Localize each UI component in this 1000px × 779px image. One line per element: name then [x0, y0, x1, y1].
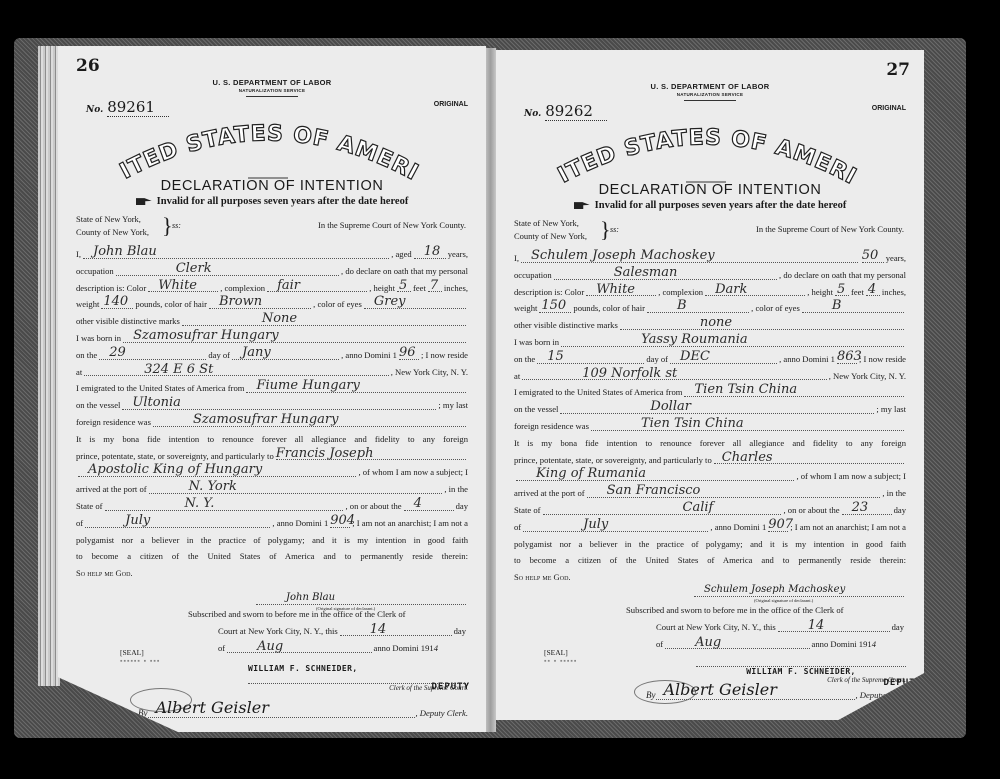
label: weight	[514, 300, 537, 317]
sworn-day-field: 14	[778, 621, 890, 632]
label: , color of eyes	[751, 300, 800, 317]
row-foreign-residence: foreign residence wasTien Tsin China	[514, 418, 906, 435]
clerk-name: WILLIAM F. SCHNEIDER,	[696, 667, 906, 676]
label: anno Domini 191	[812, 636, 872, 653]
marks-field: none	[620, 319, 904, 330]
form-title: DECLARATION OF INTENTION	[496, 182, 924, 198]
name-field: John Blau	[83, 248, 389, 259]
department-header: U. S. DEPARTMENT OF LABOR NATURALIZATION…	[496, 82, 924, 101]
court-label: In the Supreme Court of New York County.	[756, 223, 904, 236]
label: of	[514, 519, 521, 536]
polygamy-line: polygamist nor a believer in the practic…	[514, 536, 906, 553]
label: of	[656, 636, 663, 653]
sworn-month-field: Aug	[665, 638, 809, 649]
label: weight	[76, 296, 99, 313]
name-field: Schulem Joseph Machoskey	[521, 252, 858, 263]
port-value: San Francisco	[607, 483, 701, 500]
label: I,	[514, 250, 519, 267]
label: , New York City, N. Y.	[829, 368, 906, 385]
label: , anno Domini 1	[341, 347, 397, 364]
page-number: 26	[76, 56, 100, 76]
sworn-day-field: 14	[340, 625, 452, 636]
birth-month-field: Jany	[232, 349, 339, 360]
bona-fide-line: It is my bona fide intention to renounce…	[514, 435, 906, 452]
birth-month-value: DEC	[680, 349, 710, 366]
weight-value: 150	[541, 298, 566, 315]
label: inches,	[444, 280, 468, 297]
label: State of	[514, 502, 541, 519]
arrival-state-field: N. Y.	[105, 500, 344, 511]
arrival-month-value: July	[583, 517, 608, 534]
label: feet	[851, 284, 864, 301]
label: inches,	[882, 284, 906, 301]
arrival-state-value: N. Y.	[185, 496, 215, 513]
divider	[684, 100, 736, 101]
name-value: John Blau	[93, 244, 157, 261]
row-occupation: occupationClerk, do declare on oath that…	[76, 263, 468, 280]
label: on the	[76, 347, 97, 364]
row-description: description is: ColorWhite, complexionfa…	[76, 280, 468, 297]
residence-field: 109 Norfolk st	[522, 369, 827, 380]
arrival-day-field: 4	[404, 500, 454, 511]
label: pounds, color of hair	[135, 296, 207, 313]
ss-label: ss:	[172, 219, 181, 232]
last-residence-value: Tien Tsin China	[641, 416, 744, 433]
row-birthdate: on the29day ofJany, anno Domini 196; I n…	[76, 347, 468, 364]
emigrated-field: Fiume Hungary	[246, 382, 466, 393]
deputy-stamp: DEPUTY	[431, 682, 470, 692]
sworn-year-value: 4	[434, 640, 438, 657]
venue-block: State of New York, County of New York, }…	[76, 213, 466, 239]
label: anno Domini 191	[374, 640, 434, 657]
so-help-me-god: So help me God.	[76, 565, 468, 582]
label: ; my last	[438, 397, 468, 414]
birth-day-value: 15	[547, 349, 564, 366]
by-label: By	[646, 690, 656, 700]
emigrated-value: Tien Tsin China	[694, 382, 797, 399]
signature-value: John Blau	[286, 592, 335, 603]
label: I,	[76, 246, 81, 263]
row-foreign-residence: foreign residence wasSzamosufrar Hungary	[76, 414, 468, 431]
occupation-field: Salesman	[554, 269, 777, 280]
invalid-notice: Invalid for all purposes seven years aft…	[58, 196, 486, 207]
label: feet	[413, 280, 426, 297]
declaration-body: I,Schulem Joseph Machoskey50years, occup…	[514, 250, 906, 586]
birth-month-field: DEC	[670, 353, 777, 364]
age-field: 50	[862, 252, 884, 263]
label: of	[76, 515, 83, 532]
port-field: San Francisco	[587, 487, 881, 498]
label: years,	[886, 250, 906, 267]
svg-text:UNITED STATES OF AMERICA: UNITED STATES OF AMERICA	[536, 112, 861, 190]
arc-title-text: UNITED STATES OF AMERICA	[536, 112, 861, 190]
arrival-state-field: Calif	[543, 504, 782, 515]
citizen-line: to become a citizen of the United States…	[76, 548, 468, 565]
invalid-notice-text: Invalid for all purposes seven years aft…	[157, 196, 409, 207]
arrival-year-field: 907	[768, 521, 788, 532]
arrival-state-value: Calif	[683, 500, 714, 517]
label: ; my last	[876, 401, 906, 418]
sworn-month-value: Aug	[695, 634, 721, 651]
birthplace-field: Yassy Roumania	[561, 336, 904, 347]
declaration-body: I,John Blau, aged18years, occupationCler…	[76, 246, 468, 582]
port-field: N. York	[149, 483, 443, 494]
sworn-line-1: Subscribed and sworn to before me in the…	[626, 602, 904, 619]
birth-day-field: 15	[537, 353, 644, 364]
residence-value: 109 Norfolk st	[582, 366, 677, 383]
row-sworn-day: Court at New York City, N. Y., this14day	[188, 623, 466, 640]
label: ; I now reside	[859, 351, 906, 368]
invalid-notice-text: Invalid for all purposes seven years aft…	[595, 200, 847, 211]
arrival-month-field: July	[85, 517, 270, 528]
label: of	[218, 640, 225, 657]
row-emigrated: I emigrated to the United States of Amer…	[514, 384, 906, 401]
service-name: NATURALIZATION SERVICE	[58, 88, 486, 93]
label: , of whom I am now a subject; I	[796, 468, 906, 485]
deputy-line: By Albert Geisler , Deputy Clerk.	[138, 698, 468, 718]
arc-title-heading: UNITED STATES OF AMERICA	[536, 112, 876, 192]
polygamy-line: polygamist nor a believer in the practic…	[76, 532, 468, 549]
sovereign-value: Charles	[722, 450, 773, 467]
feet-field: 5	[835, 285, 849, 296]
label: ; I am not an anarchist; I am not a	[790, 519, 906, 536]
sovereign-title-field: Apostolic King of Hungary	[78, 466, 356, 477]
occupation-field: Clerk	[116, 265, 339, 276]
last-residence-field: Szamosufrar Hungary	[153, 416, 466, 427]
feet-field: 5	[397, 281, 411, 292]
eyes-value: Grey	[374, 294, 406, 311]
label: occupation	[514, 267, 552, 284]
label: , of whom I am now a subject; I	[358, 464, 468, 481]
row-arrival-month: ofJuly, anno Domini 1904; I am not an an…	[76, 515, 468, 532]
birth-year-field: 863	[837, 353, 857, 364]
birth-day-field: 29	[99, 349, 206, 360]
age-field: 18	[414, 248, 446, 259]
copy-label: ORIGINAL	[872, 105, 906, 112]
sovereign-value: Francis Joseph	[276, 446, 374, 463]
port-value: N. York	[189, 479, 237, 496]
deputy-clerk-label: , Deputy Clerk.	[415, 708, 468, 718]
inches-value: 4	[868, 282, 876, 299]
label: at	[76, 364, 82, 381]
deputy-signature: Albert Geisler	[656, 680, 856, 700]
last-residence-field: Tien Tsin China	[591, 420, 904, 431]
label: day	[454, 623, 466, 640]
clerk-name: WILLIAM F. SCHNEIDER,	[248, 664, 468, 673]
row-arrival-month: ofJuly, anno Domini 1907; I am not an an…	[514, 519, 906, 536]
color-field: White	[148, 281, 218, 292]
label: arrived at the port of	[514, 485, 585, 502]
vessel-field: Ultonia	[122, 399, 436, 410]
department-name: U. S. DEPARTMENT OF LABOR	[650, 82, 769, 91]
hair-value: Brown	[219, 294, 262, 311]
label: foreign residence was	[76, 414, 151, 431]
form-title: DECLARATION OF INTENTION	[58, 178, 486, 194]
birthplace-value: Szamosufrar Hungary	[133, 328, 279, 345]
occupation-value: Clerk	[176, 261, 212, 278]
sworn-line-1: Subscribed and sworn to before me in the…	[188, 606, 466, 623]
inches-field: 4	[866, 285, 880, 296]
inches-field: 7	[428, 281, 442, 292]
row-occupation: occupationSalesman, do declare on oath t…	[514, 267, 906, 284]
brace: }	[600, 217, 611, 243]
sovereign-field: Francis Joseph	[276, 449, 466, 460]
seal-stamp: ▪▪▪▪▪▪ ▪ ▪▪▪	[120, 657, 160, 665]
deputy-line: By Albert Geisler , Deputy Clerk.	[646, 680, 908, 700]
row-subject: Apostolic King of Hungary, of whom I am …	[76, 464, 468, 481]
sworn-month-field: Aug	[227, 642, 371, 653]
row-sworn-day: Court at New York City, N. Y., this14day	[626, 619, 904, 636]
brace: }	[162, 213, 173, 239]
deputy-signature: Albert Geisler	[148, 698, 416, 718]
eyes-field: Grey	[364, 298, 466, 309]
arrival-month-value: July	[125, 513, 150, 530]
weight-value: 140	[103, 294, 128, 311]
arc-title-text: UNITED STATES OF AMERICA	[98, 108, 423, 186]
sovereign-field: Charles	[714, 453, 904, 464]
marks-value: None	[262, 311, 297, 328]
seal-label: [SEAL]	[120, 648, 144, 657]
sovereign-title-field: King of Rumania	[516, 470, 794, 481]
residence-value: 324 E 6 St	[144, 362, 213, 379]
label: ; I am not an anarchist; I am not a	[352, 515, 468, 532]
vessel-field: Dollar	[560, 403, 874, 414]
label: day	[894, 502, 906, 519]
emigrated-field: Tien Tsin China	[684, 386, 904, 397]
pointing-hand-icon	[574, 202, 590, 209]
label: on the vessel	[514, 401, 558, 418]
declarant-signature: Schulem Joseph Machoskey (Original signa…	[694, 578, 904, 597]
sovereign-title-value: King of Rumania	[536, 466, 646, 483]
row-sworn-month: ofAuganno Domini 1914	[188, 640, 438, 657]
vessel-value: Dollar	[650, 399, 691, 416]
copy-label: ORIGINAL	[434, 101, 468, 108]
page-stack-edge	[38, 46, 60, 686]
arrival-year-value: 904	[330, 513, 355, 530]
seal: [SEAL] ▪▪▪▪▪▪ ▪ ▪▪▪	[120, 648, 160, 665]
arrival-year-value: 907	[768, 517, 793, 534]
arc-title-heading: UNITED STATES OF AMERICA	[98, 108, 438, 188]
vessel-value: Ultonia	[132, 395, 180, 412]
last-residence-value: Szamosufrar Hungary	[193, 412, 339, 429]
weight-field: 140	[101, 298, 133, 309]
row-port: arrived at the port ofN. York, in the	[76, 481, 468, 498]
invalid-notice: Invalid for all purposes seven years aft…	[496, 200, 924, 211]
pointing-hand-icon	[136, 198, 152, 205]
label: , height	[807, 284, 833, 301]
arrival-day-field: 23	[842, 504, 892, 515]
book-gutter	[485, 48, 496, 732]
service-name: NATURALIZATION SERVICE	[496, 92, 924, 97]
label: State of	[76, 498, 103, 515]
row-name: I,Schulem Joseph Machoskey50years,	[514, 250, 906, 267]
row-description: description is: ColorWhite, complexionDa…	[514, 284, 906, 301]
complexion-field: Dark	[705, 285, 805, 296]
page-right: 27 U. S. DEPARTMENT OF LABOR NATURALIZAT…	[496, 50, 924, 720]
page-number: 27	[886, 60, 910, 80]
label: other visible distinctive marks	[514, 317, 618, 334]
emigrated-value: Fiume Hungary	[256, 378, 359, 395]
row-sworn-month: ofAuganno Domini 1914	[626, 636, 876, 653]
label: occupation	[76, 263, 114, 280]
birth-year-value: 96	[399, 345, 416, 362]
row-birthdate: on the15day ofDEC, anno Domini 1863; I n…	[514, 351, 906, 368]
arrival-day-value: 4	[414, 496, 422, 513]
row-state: State ofCalif, on or about the23day	[514, 502, 906, 519]
hair-field: Brown	[209, 298, 311, 309]
label: , color of eyes	[313, 296, 362, 313]
label: ; I now reside	[421, 347, 468, 364]
complexion-value: fair	[277, 278, 300, 295]
residence-field: 324 E 6 St	[84, 365, 389, 376]
birth-month-value: Jany	[242, 345, 271, 362]
name-value: Schulem Joseph Machoskey	[531, 248, 715, 265]
label: on the	[514, 351, 535, 368]
marks-value: none	[700, 315, 732, 332]
feet-value: 5	[399, 278, 407, 295]
hair-value: B	[677, 298, 687, 315]
sworn-year-value: 4	[872, 636, 876, 653]
birthplace-value: Yassy Roumania	[641, 332, 748, 349]
label: arrived at the port of	[76, 481, 147, 498]
inches-value: 7	[430, 278, 438, 295]
sworn-month-value: Aug	[257, 638, 283, 655]
court-label: In the Supreme Court of New York County.	[318, 219, 466, 232]
label: , anno Domini 1	[779, 351, 835, 368]
declarant-signature: John Blau (Original signature of declara…	[256, 586, 466, 605]
svg-text:UNITED STATES OF AMERICA: UNITED STATES OF AMERICA	[98, 108, 423, 186]
oath-block: Subscribed and sworn to before me in the…	[188, 606, 466, 657]
birth-year-value: 863	[837, 349, 862, 366]
seal-label: [SEAL]	[544, 648, 568, 657]
label: , in the	[882, 485, 906, 502]
color-value: White	[596, 282, 635, 299]
label: foreign residence was	[514, 418, 589, 435]
age-value: 18	[424, 244, 441, 261]
age-value: 50	[862, 248, 879, 265]
sovereign-title-value: Apostolic King of Hungary	[88, 462, 262, 479]
oath-block: Subscribed and sworn to before me in the…	[626, 602, 904, 653]
arrival-year-field: 904	[330, 517, 350, 528]
venue-block: State of New York, County of New York, }…	[514, 217, 904, 243]
color-field: White	[586, 285, 656, 296]
bona-fide-line: It is my bona fide intention to renounce…	[76, 431, 468, 448]
label: , anno Domini 1	[272, 515, 328, 532]
eyes-field: B	[802, 302, 904, 313]
label: , in the	[444, 481, 468, 498]
marks-field: None	[182, 315, 466, 326]
label: on the vessel	[76, 397, 120, 414]
signature-value: Schulem Joseph Machoskey	[704, 584, 845, 595]
hair-field: B	[647, 302, 749, 313]
label: years,	[448, 246, 468, 263]
complexion-value: Dark	[715, 282, 747, 299]
seal-stamp: ▪▪ ▪ ▪▪▪▪▪	[544, 657, 577, 665]
ss-label: ss:	[610, 223, 619, 236]
divider	[246, 96, 298, 97]
birth-day-value: 29	[109, 345, 126, 362]
sworn-day-value: 14	[370, 621, 387, 638]
birthplace-field: Szamosufrar Hungary	[123, 332, 466, 343]
citizen-line: to become a citizen of the United States…	[514, 552, 906, 569]
eyes-value: B	[832, 298, 842, 315]
row-subject: King of Rumania, of whom I am now a subj…	[514, 468, 906, 485]
label: day	[892, 619, 904, 636]
occupation-value: Salesman	[614, 265, 678, 282]
label: , aged	[391, 246, 412, 263]
label: , anno Domini 1	[710, 519, 766, 536]
complexion-field: fair	[267, 281, 367, 292]
department-header: U. S. DEPARTMENT OF LABOR NATURALIZATION…	[58, 78, 486, 97]
label: at	[514, 368, 520, 385]
color-value: White	[158, 278, 197, 295]
sworn-day-value: 14	[808, 617, 825, 634]
label: pounds, color of hair	[573, 300, 645, 317]
department-name: U. S. DEPARTMENT OF LABOR	[212, 78, 331, 87]
arrival-day-value: 23	[852, 500, 869, 517]
weight-field: 150	[539, 302, 571, 313]
label: , New York City, N. Y.	[391, 364, 468, 381]
seal: [SEAL] ▪▪ ▪ ▪▪▪▪▪	[544, 648, 577, 665]
row-name: I,John Blau, aged18years,	[76, 246, 468, 263]
page-left: 26 U. S. DEPARTMENT OF LABOR NATURALIZAT…	[58, 46, 486, 732]
feet-value: 5	[837, 282, 845, 299]
label: day	[456, 498, 468, 515]
birth-year-field: 96	[399, 349, 419, 360]
arrival-month-field: July	[523, 521, 708, 532]
